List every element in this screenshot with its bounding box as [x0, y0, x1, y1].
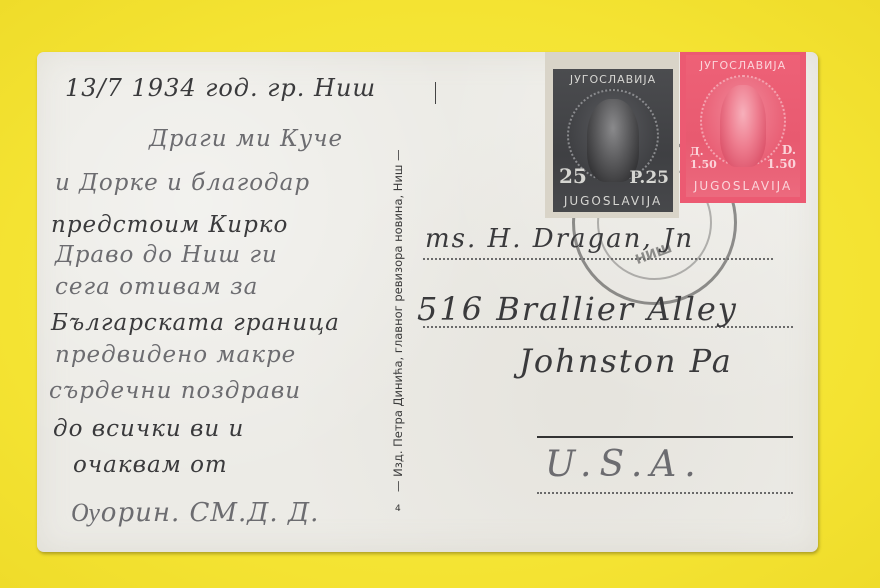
stamp-frame: ЈУГОСЛАВИЈА Д. 1.50 D. 1.50 JUGOSLAVIJA: [686, 55, 800, 197]
message-line: очаквам от: [73, 452, 228, 478]
message-line: сърдечни поздрави: [49, 378, 301, 404]
address-separator: [537, 436, 793, 438]
message-line: до всички ви и: [53, 416, 244, 442]
postcard: 13/7 1934 год. гр. Ниш Драги ми Куче и Д…: [37, 52, 818, 552]
stamp-value-right: D. 1.50: [762, 143, 796, 171]
imprint-number: 4: [395, 504, 401, 514]
signature: Ѹорин. СМ.Д. Д.: [71, 498, 319, 528]
stamp-value-right: P.25: [629, 168, 669, 188]
message-line: Драво до Ниш ги: [55, 242, 278, 268]
publisher-imprint: — Изд. Петра Динића, главног ревизора но…: [391, 52, 405, 492]
message-line: предстоим Кирко: [51, 212, 288, 238]
stamp-country-latin: JUGOSLAVIJA: [553, 194, 673, 208]
message-date-line: 13/7 1934 год. гр. Ниш: [65, 74, 376, 102]
message-line: и Дорке и благодар: [55, 170, 310, 196]
king-portrait: [720, 85, 766, 167]
recipient-country: U.S.A.: [545, 444, 704, 485]
stamp-frame: ЈУГОСЛАВИЈА 25 P.25 JUGOSLAVIJA: [553, 69, 673, 212]
message-line: предвидено макре: [55, 342, 296, 368]
stamp-1-50-dinar: ЈУГОСЛАВИЈА Д. 1.50 D. 1.50 JUGOSLAVIJA: [680, 52, 806, 203]
recipient-street: 516 Brallier Alley: [417, 290, 738, 328]
message-line: Българската граница: [51, 310, 340, 336]
message-line: сега отивам за: [55, 274, 258, 300]
address-line-4: [537, 492, 793, 494]
stamp-country-latin: JUGOSLAVIJA: [686, 179, 800, 193]
stamp-country-cyrillic: ЈУГОСЛАВИЈА: [686, 59, 800, 72]
stamp-value-left: Д. 1.50: [690, 145, 720, 171]
imprint-divider-top: [435, 82, 436, 104]
address-line-1: [423, 258, 773, 260]
recipient-name: ms. H. Dragan, Jn: [425, 224, 694, 254]
stamp-country-cyrillic: ЈУГОСЛАВИЈА: [553, 73, 673, 86]
recipient-city: Johnston Pa: [519, 342, 733, 380]
message-line: Драги ми Куче: [149, 126, 343, 152]
stamp-25-para: ЈУГОСЛАВИЈА 25 P.25 JUGOSLAVIJA: [545, 52, 679, 218]
stamp-value-left: 25: [559, 164, 587, 188]
